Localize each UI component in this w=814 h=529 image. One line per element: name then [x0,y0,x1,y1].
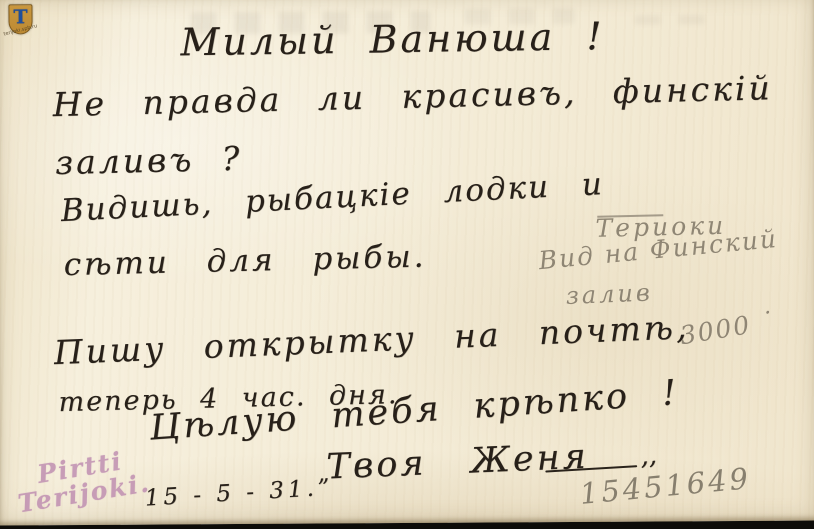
postcard-scan: T terijoki.spb.ru Милый Ванюша ! Не прав… [0,0,814,529]
signature-quote-marks: ,, [639,440,658,471]
offset-print-ghost [635,15,705,24]
message-line-4: сѣти для рыбы. [63,239,427,284]
date-handwritten: 15 - 5 - 31.” [144,475,334,512]
message-salutation: Милый Ванюша ! [180,14,605,64]
pencil-note-location-3: залив [565,278,653,310]
message-line-5: Пишу открытку на почтѣ, [53,307,690,372]
message-line-2: заливъ ? [55,139,243,182]
message-signature: Твоя Женя [326,437,590,488]
pencil-note-price: 3000 ˙ [678,306,778,350]
message-line-1: Не правда ли красивъ, финскій [52,68,773,124]
postcard-paper: T terijoki.spb.ru Милый Ванюша ! Не прав… [0,0,814,525]
studio-stamp: Pirtti Terijoki. [12,444,152,518]
site-watermark-logo: T terijoki.spb.ru [2,2,36,42]
